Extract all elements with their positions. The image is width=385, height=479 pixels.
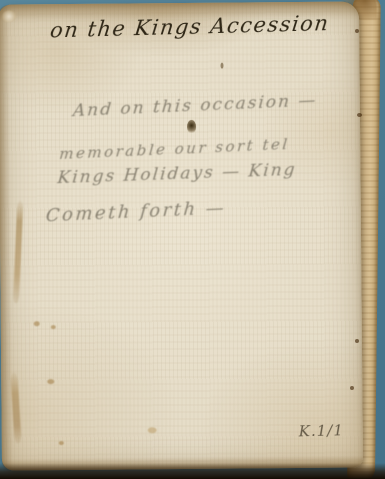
manuscript-page: on the Kings Accession And on this occas… xyxy=(0,1,363,470)
scanner-shadow xyxy=(0,463,385,479)
manuscript-scan: on the Kings Accession And on this occas… xyxy=(0,0,385,479)
aging-mottling xyxy=(0,1,363,470)
